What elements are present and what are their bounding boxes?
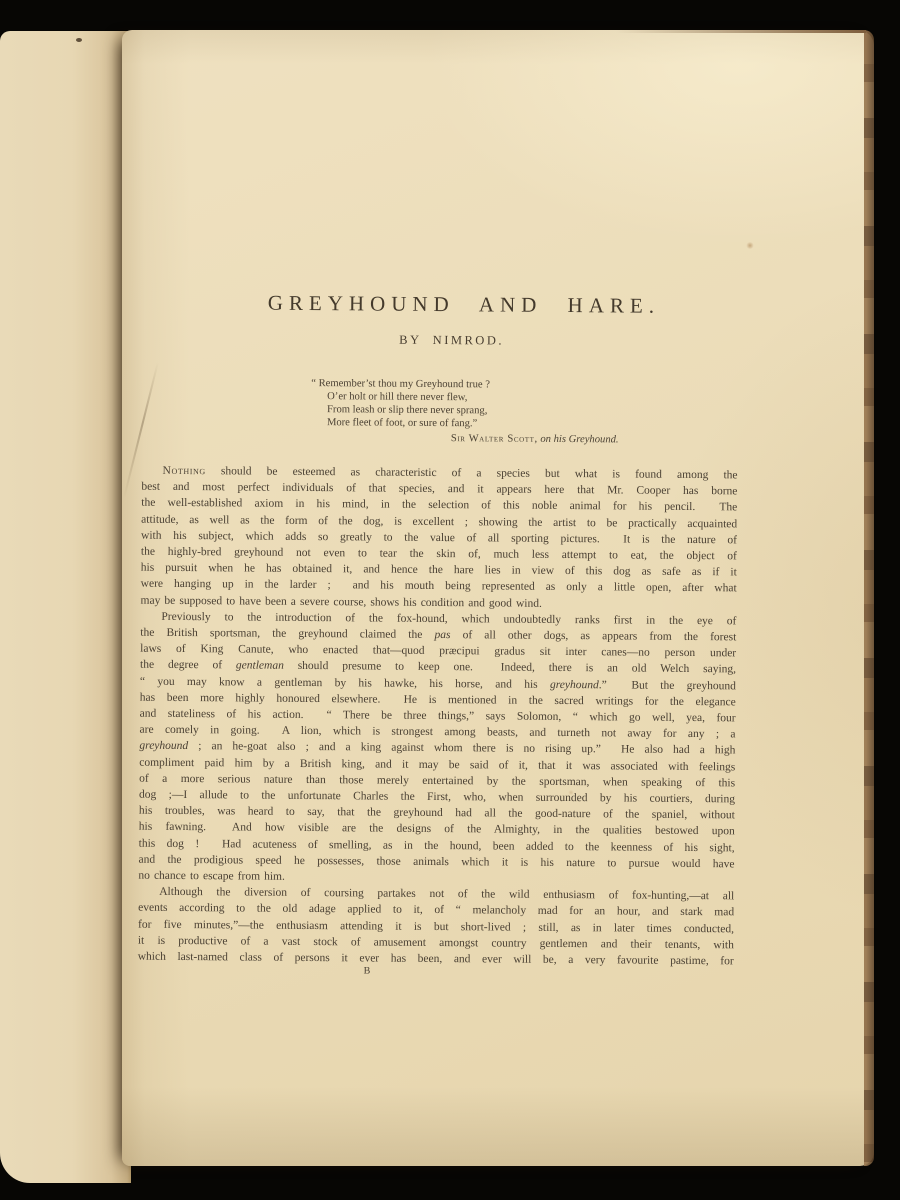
text-segment: gentleman [236, 660, 284, 672]
epigraph-lines: “ Remember’st thou my Greyhound true ?O’… [311, 378, 490, 431]
text-segment: “ you may know a gentleman by his hawke,… [140, 675, 550, 690]
text-segment: on his Greyhound. [538, 434, 619, 446]
text-segment: ; an he-goat also ; and a king against w… [188, 741, 735, 757]
printed-content: GREYHOUND AND HARE. BY NIMROD. “ Remembe… [115, 30, 876, 1172]
text-segment: should presume to keep one. Indeed, ther… [284, 660, 736, 676]
text-segment: were hanging up in the larder ; and his … [141, 578, 737, 595]
text-segment: the degree of [140, 659, 236, 672]
text-segment: which last-named class of persons it eve… [138, 951, 734, 968]
text-segment: events according to the old adage applie… [138, 902, 734, 919]
epigraph-line: “ Remember’st thou my Greyhound true ? [311, 378, 490, 392]
paper-speck [76, 38, 82, 42]
body-text: Nothing should be esteemed as characteri… [138, 463, 738, 970]
text-segment: the British sportsman, the greyhound cla… [140, 627, 434, 641]
epigraph-line: O’er holt or hill there never flew, [327, 391, 490, 405]
book-photo: GREYHOUND AND HARE. BY NIMROD. “ Remembe… [0, 0, 900, 1200]
epigraph-line: From leash or slip there never sprang, [327, 404, 490, 418]
signature-mark: B [364, 965, 371, 976]
text-segment: Sir Walter Scott, [451, 433, 538, 445]
epigraph-line: More fleet of foot, or sure of fang.” [327, 417, 490, 431]
text-segment: should be esteemed as characteristic of … [206, 465, 738, 481]
text-segment: pas [434, 629, 450, 641]
text-segment: greyhound [550, 679, 599, 691]
text-segment: the well-established axiom in his mind, … [141, 497, 737, 514]
text-segment: no chance to escape from him. [138, 870, 285, 883]
previous-page-edge [0, 31, 131, 1183]
text-segment: greyhound [139, 740, 188, 752]
text-line: which last-named class of persons it eve… [138, 949, 734, 970]
text-segment: .” But the greyhound [599, 679, 736, 692]
text-segment: of all other dogs, as appears from the f… [450, 629, 736, 643]
top-edge-shade [616, 30, 866, 33]
text-segment: his fawning. And how visible are the des… [139, 821, 735, 838]
epigraph-attribution: Sir Walter Scott, on his Greyhound. [451, 433, 619, 445]
text-segment: may be supposed to have been a severe co… [141, 594, 542, 609]
text-segment: Nothing [163, 465, 206, 477]
byline: BY NIMROD. [143, 331, 749, 351]
book-page: GREYHOUND AND HARE. BY NIMROD. “ Remembe… [122, 30, 874, 1166]
page-title: GREYHOUND AND HARE. [143, 290, 761, 320]
